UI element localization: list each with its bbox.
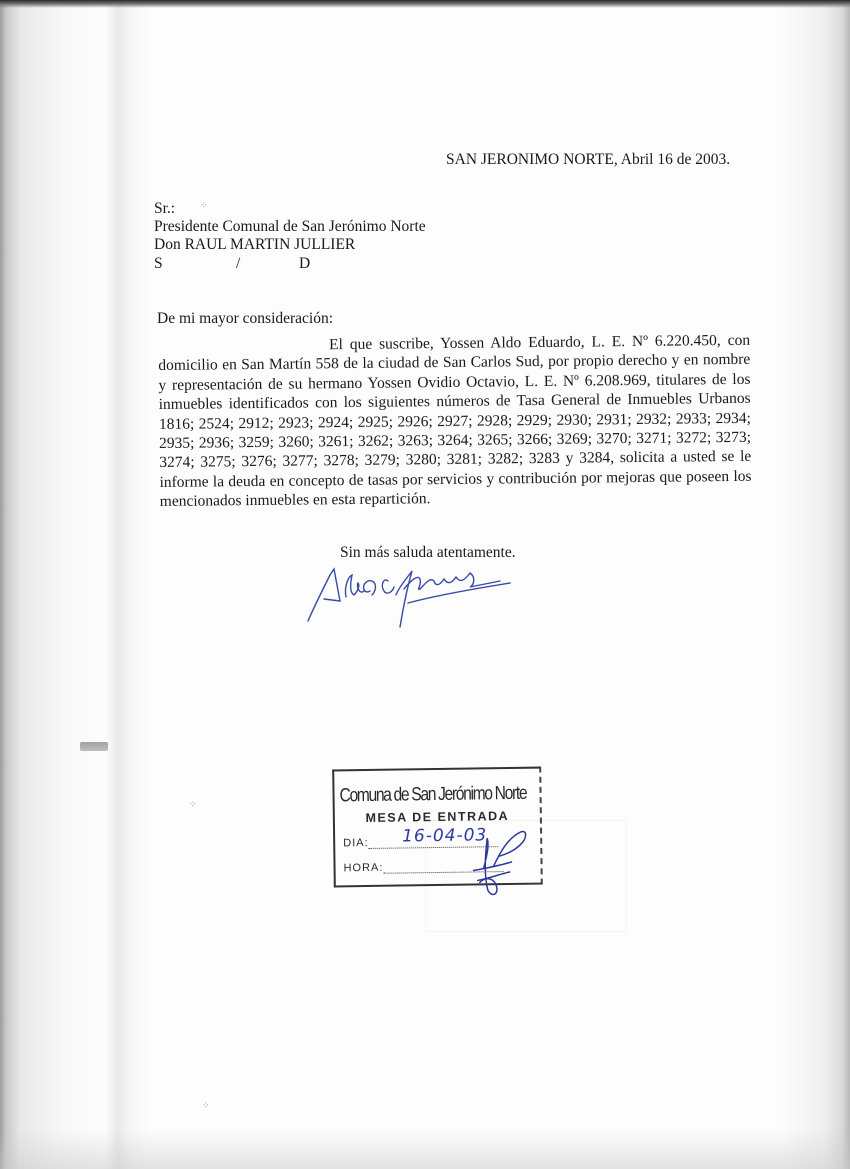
letter-body-text: El que suscribe, Yossen Aldo Eduardo, L.… [158,332,751,510]
letter-body: El que suscribe, Yossen Aldo Eduardo, L.… [158,331,752,512]
sd-slash: / [236,255,240,273]
binder-clip-mark [80,742,108,751]
scan-shadow-bottom [0,1129,850,1169]
recipient-title: Sr.: [154,200,175,218]
sd-s: S [154,255,163,273]
initials-icon [465,823,546,904]
scan-shadow-left [0,0,150,1169]
reception-stamp: Comuna de San Jerónimo Norte MESA DE ENT… [332,767,543,888]
scan-speck: ⁘ [189,799,197,810]
signature-icon [300,555,520,635]
sd-d: D [299,255,310,273]
stamp-hora-label: HORA: [343,862,383,875]
salutation: De mi mayor consideración: [157,310,333,328]
stamp-title: Comuna de San Jerónimo Norte [339,783,526,808]
stamp-dia-label: DIA: [343,837,369,849]
scan-speck: ⁘ [200,200,208,211]
stamp-subtitle: MESA DE ENTRADA [335,809,540,826]
paragraph-indent [158,349,329,351]
recipient-name: Don RAUL MARTIN JULLIER [154,236,355,254]
scan-speck: ⁘ [202,1100,210,1111]
scan-shadow-right [780,0,850,1169]
place-date: SAN JERONIMO NORTE, Abril 16 de 2003. [446,151,730,169]
recipient-position: Presidente Comunal de San Jerónimo Norte [154,218,426,236]
scan-edge-top [0,0,850,8]
